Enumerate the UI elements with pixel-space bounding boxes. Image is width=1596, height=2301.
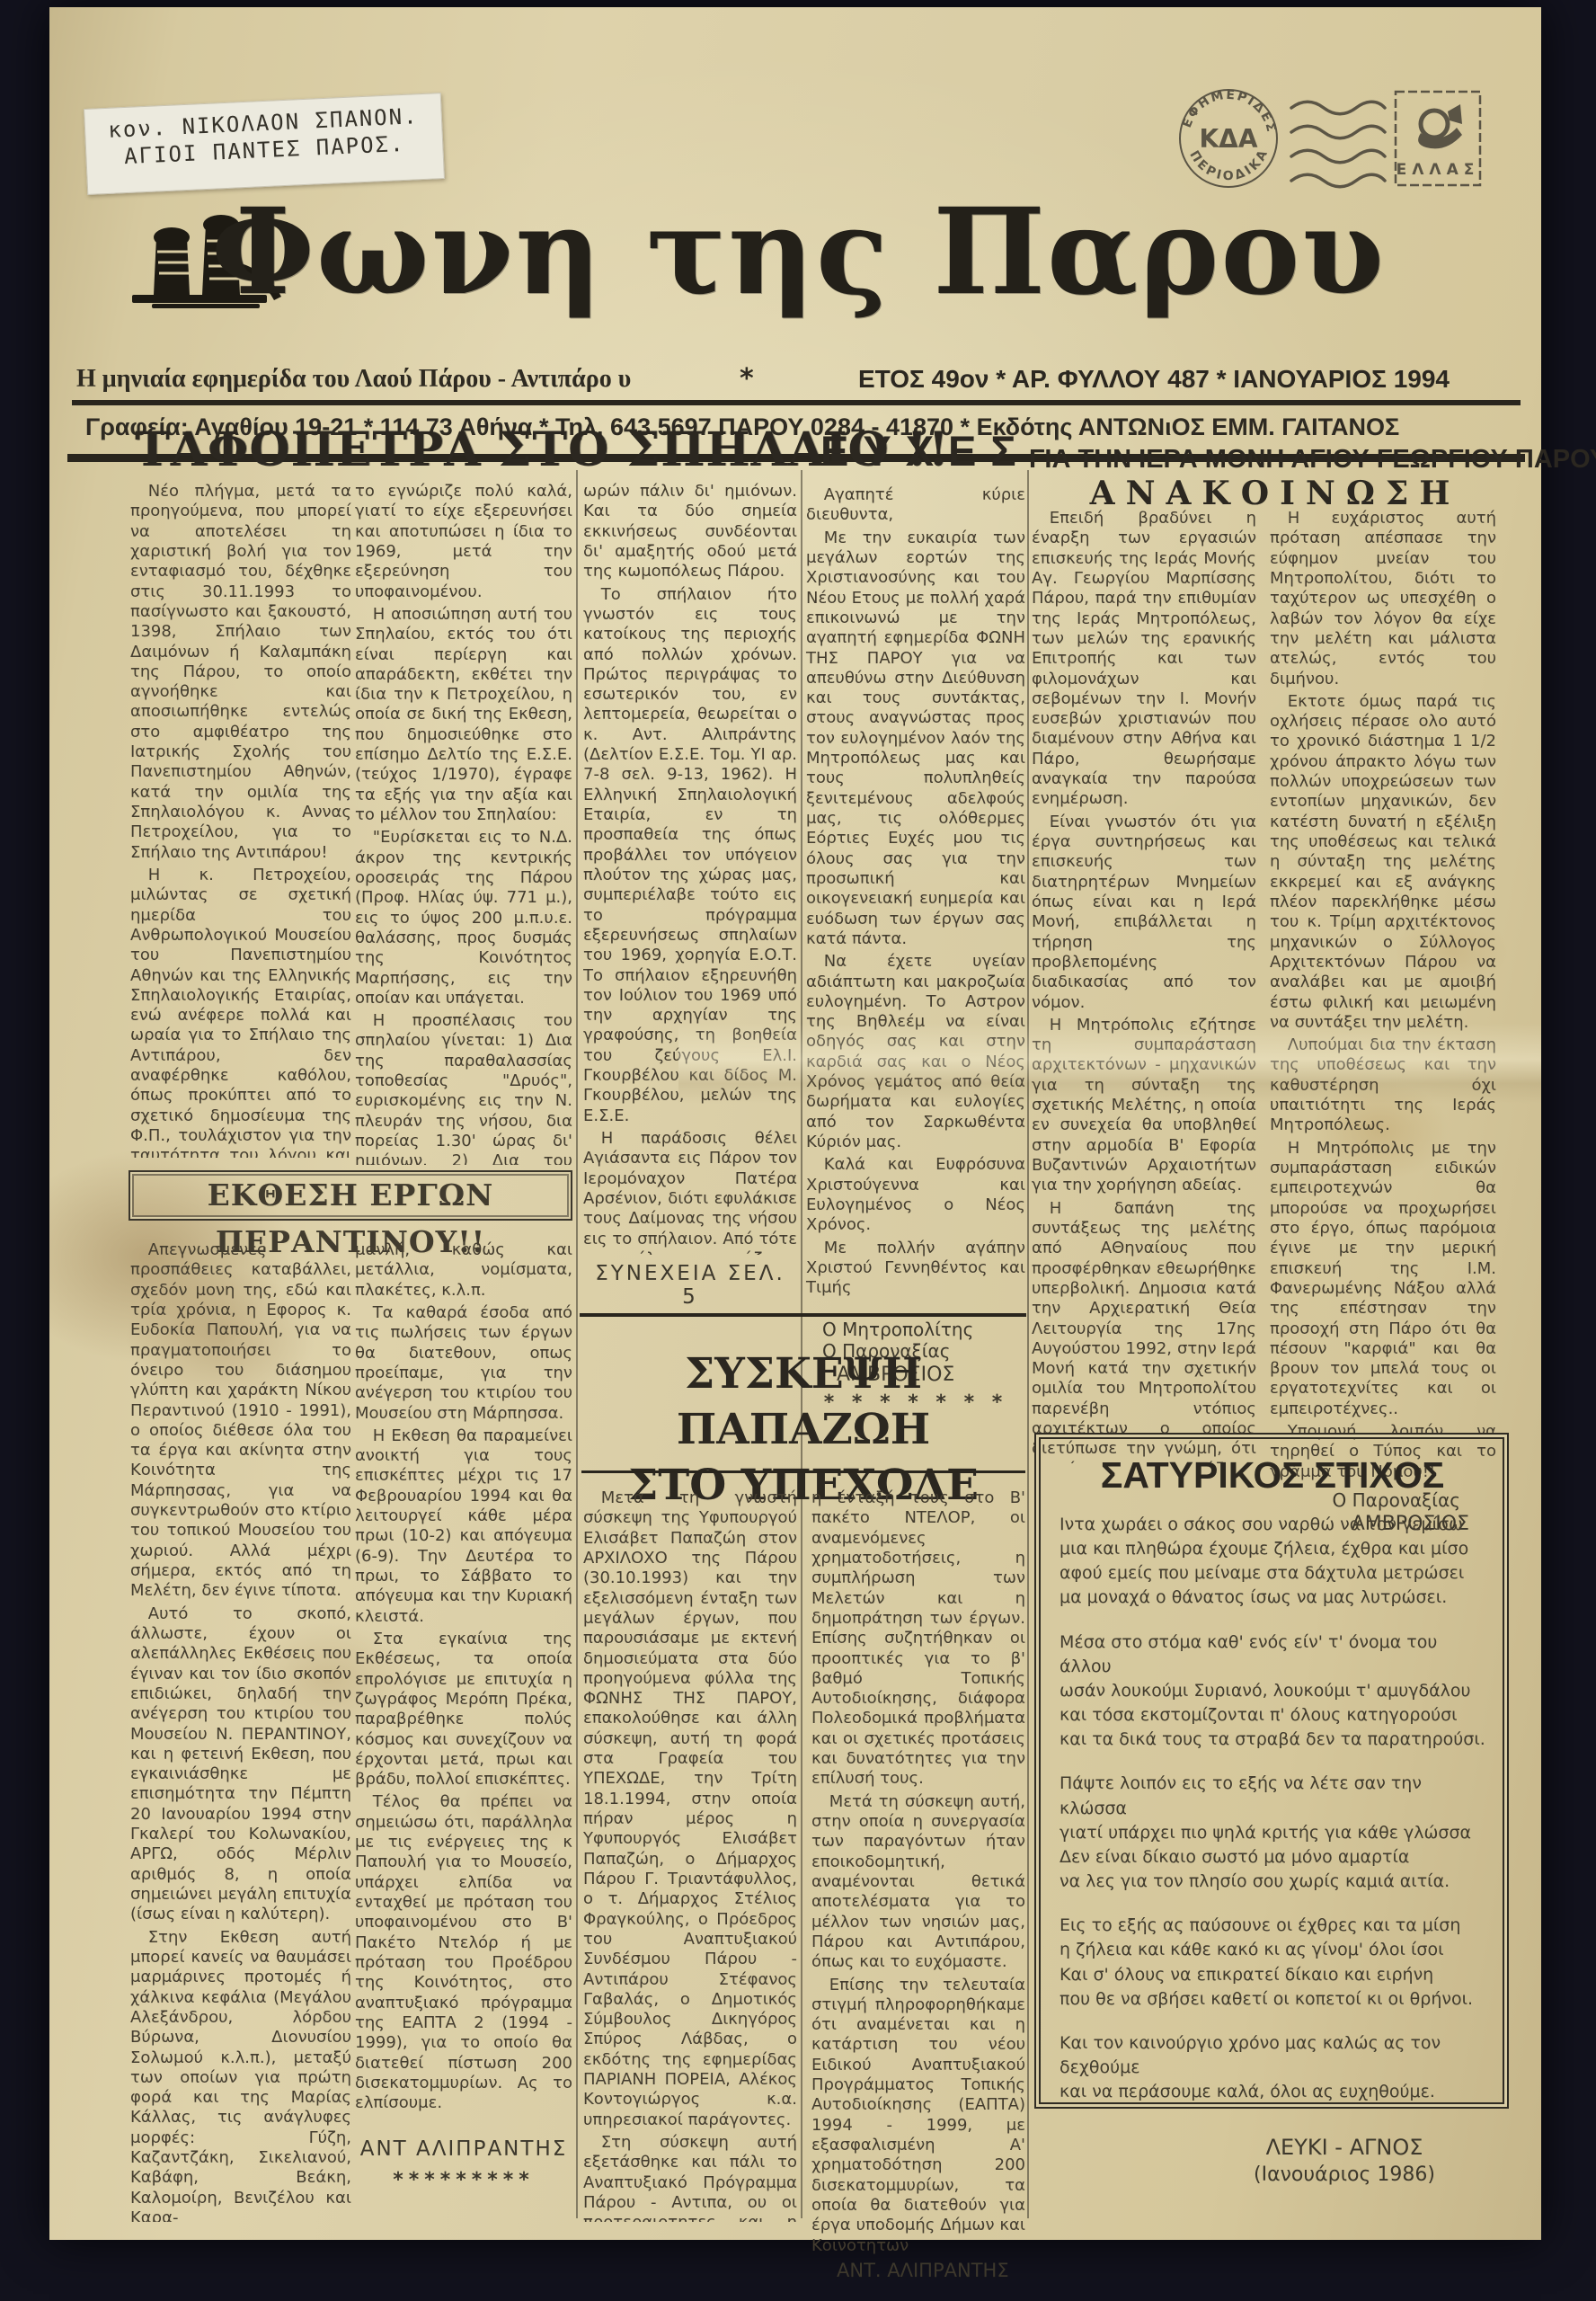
satirikos-signature: ΛΕΥΚΙ - ΑΓΝΟΣ (Ιανουάριος 1986) <box>1060 2135 1485 2186</box>
perantinos-signature: ΑΝΤ ΑΛΙΠΡΑΝΤΗΣ <box>355 2137 572 2163</box>
perantinos-column-2: μανλή, καθώς και μετάλλια, νομίσματα, πλ… <box>355 1240 572 2192</box>
paragraph: Η δαπάνη της συντάξεως της μελέτης από Α… <box>1032 1199 1256 1463</box>
syskepsi-headline-line1: ΣΥΣΚΕΨΗ ΠΑΠΑΖΩΗ <box>677 1349 930 1454</box>
newspaper-scan-screenshot: { "address_label": { "line1": "κον. ΝΙΚΟ… <box>0 0 1596 2301</box>
moni-headline: ΑΝΑΚΟΙΝΩΣΗ <box>1029 475 1511 512</box>
syskepsi-column-2: η ένταξή τους στο Β' πακέτο ΝΤΕΛΟΡ, οι α… <box>811 1488 1025 2282</box>
hellas-text: ΕΛΛΑΣ <box>1396 161 1480 179</box>
paragraph: Εκτοτε όμως παρά τις οχλήσεις πέρασε ολο… <box>1270 692 1496 1033</box>
perantinos-headline-box: ΕΚΘΕΣΗ ΕΡΓΩΝ ΠΕΡΑΝΤΙΝΟΥ!! <box>129 1170 572 1221</box>
hellas-horn-stamp-icon: ΕΛΛΑΣ <box>1396 92 1480 185</box>
column-separator-1 <box>576 470 578 2218</box>
satirikos-box: ΣΑΤΥΡΙΚΟΣ ΣΤΙΧΟΣ Ιντα χωράει ο σάκος σου… <box>1034 1433 1509 2109</box>
moni-kicker: ΓΙΑ ΤΗΝ ΙΕΡΑ ΜΟΝΗ ΑΓΙΟΥ ΓΕΩΡΓΙΟΥ ΠΑΡΟΥ <box>1029 445 1511 475</box>
paragraph: Η ευχάριστος αυτή πρόταση απέσπασε την ε… <box>1270 509 1496 689</box>
paragraph: Καλά και Ευφρόσυνα Χριστούγεννα και Ευλο… <box>806 1155 1025 1235</box>
postmark-kda-text: ΚΔΑ <box>1199 124 1257 154</box>
syskepsi-headline-rule <box>581 1470 1025 1473</box>
paragraph: η ένταξή τους στο Β' πακέτο ΝΤΕΛΟΡ, οι α… <box>811 1488 1025 1790</box>
satirikos-poem: Ιντα χωράει ο σάκος σου ναρθώ να τον γεμ… <box>1060 1513 1485 2104</box>
moni-paragraphs: Η ευχάριστος αυτή πρόταση απέσπασε την ε… <box>1270 509 1496 1482</box>
paragraph: Επειδή βραδύνει η έναρξη των εργασιών επ… <box>1032 509 1256 810</box>
tafopetra-column-1: Νέο πλήγμα, μετά τα προηγούμενα, που μπο… <box>130 482 351 1158</box>
newspaper-front-page: κον. ΝΙΚΟΛΑΟΝ ΣΠΑΝΟΝ. ΑΓΙΟΙ ΠΑΝΤΕΣ ΠΑΡΟΣ… <box>49 7 1541 2240</box>
issue-info: ΕΤΟΣ 49ον * ΑΡ. ΦΥΛΛΟΥ 487 * ΙΑΝΟΥΑΡΙΟΣ … <box>858 365 1379 394</box>
column-separator-2 <box>801 470 802 2218</box>
paragraph: Στη σύσκεψη αυτή εξετάσθηκε και πάλι το … <box>583 2133 797 2222</box>
paragraph: Στα εγκαίνια της Εκθέσεως, τα οποία επρο… <box>355 1630 572 1790</box>
section-rule-middle <box>580 1313 1026 1317</box>
paragraph: Αγαπητέ κύριε διευθυντα, <box>806 485 1025 526</box>
masthead-rule-top <box>72 400 1521 405</box>
satirikos-signature-name: ΛΕΥΚΙ - ΑΓΝΟΣ <box>1203 2135 1485 2160</box>
paragraph: Επίσης την τελευταία στιγμή πληροφορηθήκ… <box>811 1976 1025 2256</box>
paragraph: Η Μητρόπολις εζήτησε τη συμπαράσταση αρχ… <box>1032 1016 1256 1196</box>
paragraph: Να έχετε υγείαν αδιάπτωτη και μακροζωία … <box>806 952 1025 1152</box>
paragraph: Ιντα χωράει ο σάκος σου ναρθώ να τον γεμ… <box>1060 1513 1485 1611</box>
euxes-column: Αγαπητέ κύριε διευθυντα,Με την ευκαιρία … <box>806 485 1025 1115</box>
paragraph: Τέλος θα πρέπει να σημειώσω ότι, παράλλη… <box>355 1792 572 2113</box>
satirikos-signature-date: (Ιανουάριος 1986) <box>1203 2163 1485 2186</box>
tafopetra-column-3: ωρών πάλιν δι' ημιόνων. Και τα δύο σημεί… <box>583 482 797 1255</box>
paragraph: Το σπήλαιον ήτο γνωστόν εις τους κατοίκο… <box>583 585 797 1126</box>
paragraph: Λυπούμαι δια την έκταση της υποθέσεως κα… <box>1270 1035 1496 1136</box>
paragraph: Με την ευκαιρία των μεγάλων εορτών της Χ… <box>806 529 1025 950</box>
paragraph: Τα καθαρά έσοδα από τις πωλήσεις των έργ… <box>355 1303 572 1424</box>
paragraph: Η κ. Πετροχείου, μιλώντας σε σχετική ημε… <box>130 866 351 1158</box>
syskepsi-signature: ΑΝΤ. ΑΛΙΠΡΑΝΤΗΣ <box>811 2259 1025 2282</box>
paragraph: Η παράδοσις θέλει Αγιάσαντα εις Πάρον το… <box>583 1129 797 1255</box>
paragraph: το εγνώριζε πολύ καλά, γιατί το είχε εξε… <box>355 482 572 602</box>
paragraph: Με πολλήν αγάπην Χριστού Γεννηθέντος και… <box>806 1239 1025 1299</box>
perantinos-stars-divider: ********* <box>355 2168 572 2192</box>
newspaper-subtitle: Η μηνιαία εφημερίδα του Λαού Πάρου - Αντ… <box>76 365 705 394</box>
paragraph: Η προσπέλασις του σπηλαίου γίνεται: 1) Δ… <box>355 1011 572 1165</box>
column-separator-3 <box>1027 470 1029 2218</box>
moni-column-2: Η ευχάριστος αυτή πρόταση απέσπασε την ε… <box>1270 509 1496 1463</box>
paragraph: Νέο πλήγμα, μετά τα προηγούμενα, που μπο… <box>130 482 351 863</box>
paragraph: Στην Εκθεση αυτή μπορεί κανείς να θαυμάσ… <box>130 1928 351 2222</box>
paragraph: Και τον καινούργιο χρόνο μας καλώς ας το… <box>1060 2031 1485 2104</box>
paragraph: Είναι γνωστόν ότι για έργα συντηρήσεως κ… <box>1032 813 1256 1013</box>
satirikos-headline: ΣΑΤΥΡΙΚΟΣ ΣΤΙΧΟΣ <box>1060 1454 1485 1497</box>
euxes-paragraphs: Αγαπητέ κύριε διευθυντα,Με την ευκαιρία … <box>806 485 1025 1299</box>
paragraph: Η αποσιώπηση αυτή του Σπηλαίου, εκτός το… <box>355 605 572 825</box>
paragraph: Η Μητρόπολις με την συμπαράσταση ειδικών… <box>1270 1139 1496 1419</box>
paragraph: μανλή, καθώς και μετάλλια, νομίσματα, πλ… <box>355 1240 572 1301</box>
syskepsi-paragraphs: η ένταξή τους στο Β' πακέτο ΝΤΕΛΟΡ, οι α… <box>811 1488 1025 2256</box>
paragraph: Μετά τη γνωστή σύσκεψη της Υφυπουργού Ελ… <box>583 1488 797 2130</box>
article-euxes-headline: ΕΥΧΕΣ <box>806 426 1025 475</box>
syskepsi-column-1: Μετά τη γνωστή σύσκεψη της Υφυπουργού Ελ… <box>583 1488 797 2222</box>
paragraph: Απεγνωσμένες προσπάθειες καταβάλλει, σχε… <box>130 1240 351 1602</box>
continuation-note: ΣΥΝΕΧΕΙΑ ΣΕΛ. 5 <box>583 1262 797 1309</box>
paragraph: Η Εκθεση θα παραμείνει ανοικτή για τους … <box>355 1426 572 1627</box>
paragraph: Αυτό το σκοπό, άλλωστε, έχουν οι αλεπάλλ… <box>130 1604 351 1925</box>
tafopetra-column-2: το εγνώριζε πολύ καλά, γιατί το είχε εξε… <box>355 482 572 1165</box>
paragraph: "Ευρίσκεται εις το Ν.Δ. άκρον της κεντρι… <box>355 828 572 1008</box>
paragraph: Μετά τη σύσκεψη αυτή, στην οποία η συνερ… <box>811 1792 1025 1973</box>
newspaper-title: Φωνη της Παρου <box>211 176 1352 338</box>
euxes-signature-role: Ο Μητροπολίτης <box>806 1319 1025 1341</box>
moni-column-1: Επειδή βραδύνει η έναρξη των εργασιών επ… <box>1032 509 1256 1463</box>
cancellation-waves-icon <box>1291 102 1385 187</box>
article-tafopetra-headline: ΤΑΦΟΠΕΤΡΑ ΣΤΟ ΣΠΗΛΑΙΟ !! <box>135 422 800 477</box>
paragraph: Εις το εξής ας παύσουνε οι έχθρες και τα… <box>1060 1914 1485 2012</box>
perantinos-paragraphs: μανλή, καθώς και μετάλλια, νομίσματα, πλ… <box>355 1240 572 2113</box>
paragraph: ωρών πάλιν δι' ημιόνων. Και τα δύο σημεί… <box>583 482 797 582</box>
paragraph: Μέσα στο στόμα καθ' ενός είν' τ' όνομα τ… <box>1060 1630 1485 1753</box>
perantinos-column-1: Απεγνωσμένες προσπάθειες καταβάλλει, σχε… <box>130 1240 351 2222</box>
subtitle-star: * <box>740 363 754 395</box>
paragraph: Πάψτε λοιπόν εις το εξής να λέτε σαν την… <box>1060 1772 1485 1894</box>
